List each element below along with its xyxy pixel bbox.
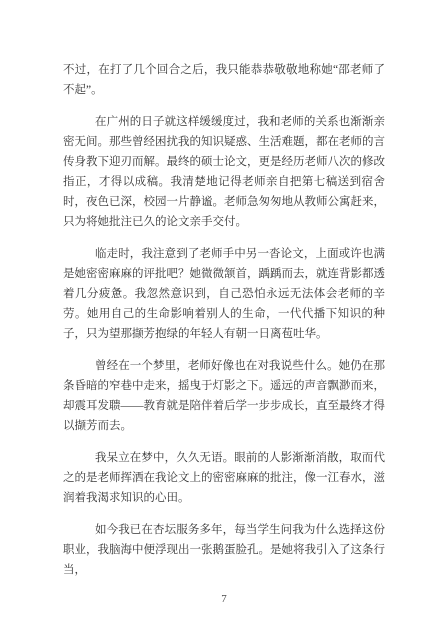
paragraph: 我呆立在梦中，久久无语。眼前的人影渐渐消散，取而代之的是老师挥洒在我论文上的密密… (63, 448, 385, 508)
text-block: 不过，在打了几个回合之后，我只能恭恭敬敬地称她“邵老师了不起”。 在广州的日子就… (63, 60, 385, 592)
paragraph: 在广州的日子就这样缓缓度过，我和老师的关系也渐渐亲密无间。那些曾经困扰我的知识疑… (63, 112, 385, 232)
paragraph: 临走时，我注意到了老师手中另一沓论文，上面或许也满是她密密麻麻的评批吧？她微微颔… (63, 244, 385, 344)
paragraph: 不过，在打了几个回合之后，我只能恭恭敬敬地称她“邵老师了不起”。 (63, 60, 385, 100)
paragraph: 如今我已在杏坛服务多年，每当学生问我为什么选择这份职业，我脑海中便浮现出一张鹅蛋… (63, 520, 385, 580)
document-page: 不过，在打了几个回合之后，我只能恭恭敬敬地称她“邵老师了不起”。 在广州的日子就… (0, 0, 448, 640)
page-number: 7 (0, 592, 448, 606)
paragraph: 曾经在一个梦里，老师好像也在对我说些什么。她仍在那条昏暗的窄巷中走来，摇曳于灯影… (63, 356, 385, 436)
